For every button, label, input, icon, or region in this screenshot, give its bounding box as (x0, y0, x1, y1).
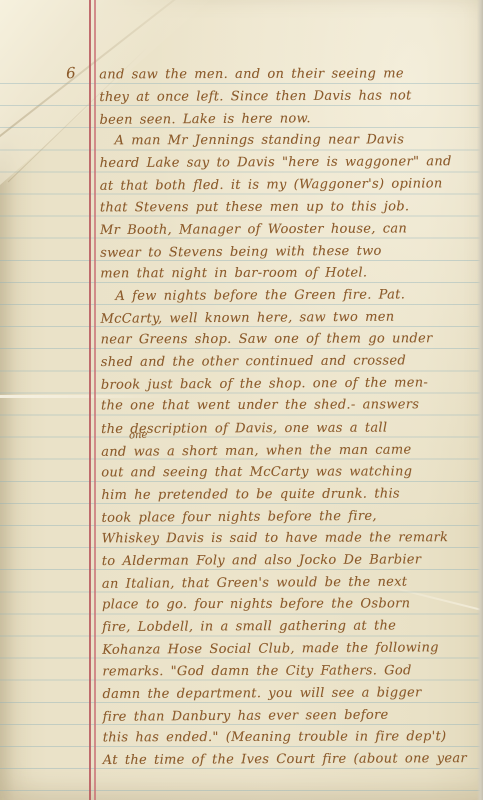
handwriting-lines: and saw the men. and on their seeing met… (99, 63, 475, 772)
margin-line (94, 0, 96, 800)
document-page: 6 and saw the men. and on their seeing m… (0, 0, 483, 800)
handwriting-line: fire, Lobdell, in a small gathering at t… (102, 615, 474, 639)
handwriting-line: A few nights before the Green fire. Pat. (100, 284, 472, 308)
handwriting-line: they at once left. Since then Davis has … (99, 85, 471, 109)
handwriting-line: that Stevens put these men up to this jo… (100, 196, 472, 219)
handwriting-line: McCarty, well known here, saw two men (100, 306, 472, 331)
handwriting-line: the description of Davis, one was a tall (101, 417, 473, 441)
handwriting-line: At the time of the Ives Court fire (abou… (103, 748, 475, 772)
handwriting-line: A man Mr Jennings standing near Davis (100, 129, 472, 152)
handwriting-line: and was a short man, when the man came (101, 439, 473, 464)
handwriting-line: the one that went under the shed.- answe… (101, 394, 473, 417)
handwriting-line: Whiskey Davis is said to have made the r… (102, 527, 474, 550)
handwriting-line: fire than Danbury has ever seen before (102, 704, 474, 729)
handwriting-line: Kohanza Hose Social Club, made the follo… (102, 637, 474, 662)
handwriting-line: place to go. four nights before the Osbo… (102, 593, 474, 616)
page-edge (477, 0, 483, 800)
handwriting-line: out and seeing that McCarty was watching (101, 461, 473, 484)
insertion-word: one (129, 430, 148, 442)
handwriting-line: him he pretended to be quite drunk. this (101, 483, 473, 507)
handwriting-line: near Greens shop. Saw one of them go und… (101, 328, 473, 351)
handwriting-line: remarks. "God damn the City Fathers. God (102, 660, 474, 683)
page-number: 6 (65, 64, 76, 83)
handwriting-line: swear to Stevens being with these two (100, 240, 472, 265)
handwriting-line: Mr Booth, Manager of Wooster house, can (100, 218, 472, 242)
margin-line (89, 0, 91, 800)
handwriting-line: heard Lake say to Davis "here is waggone… (100, 151, 472, 175)
handwriting-line: damn the department. you will see a bigg… (102, 682, 474, 706)
handwriting-line: men that night in bar-room of Hotel. (100, 262, 472, 285)
handwriting-line: this has ended." (Meaning trouble in fir… (103, 726, 475, 749)
handwriting-line: shed and the other continued and crossed (101, 350, 473, 374)
screenshot-root: 6 and saw the men. and on their seeing m… (0, 0, 483, 800)
handwriting-line: to Alderman Foly and also Jocko De Barbi… (102, 549, 474, 573)
handwriting-line: took place four nights before the fire, (101, 505, 473, 530)
handwriting-line: and saw the men. and on their seeing me (99, 63, 471, 86)
handwriting-line: at that both fled. it is my (Waggoner's)… (100, 174, 472, 199)
